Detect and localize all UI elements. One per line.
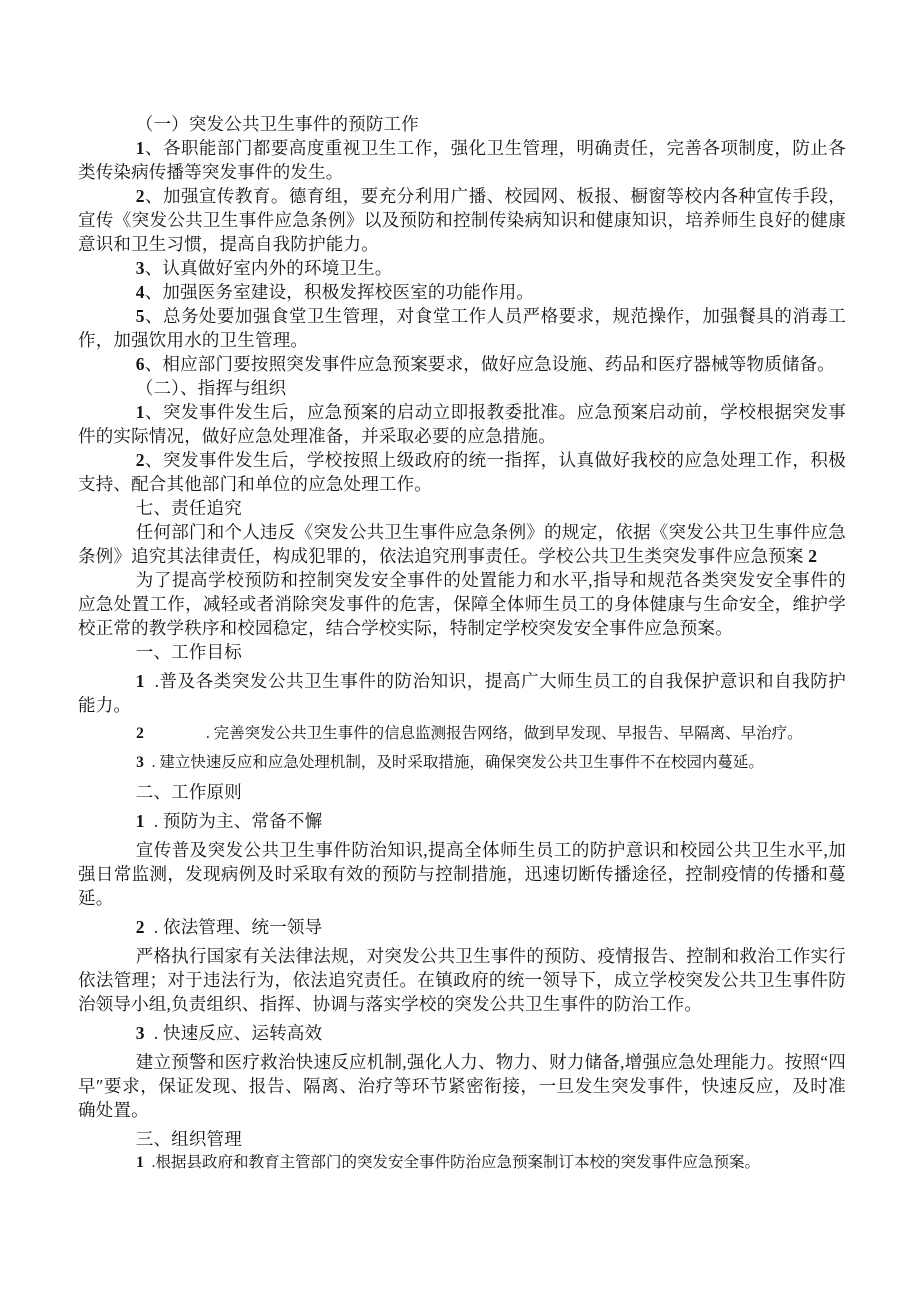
text-run: 、加强医务室建设，积极发挥校医室的功能作用。 <box>145 282 534 302</box>
numbered-paragraph: 3 . 快速反应、运转高效 <box>78 1021 846 1045</box>
bold-number: 2 <box>136 917 145 937</box>
numbered-paragraph: 3、认真做好室内外的环境卫生。 <box>78 256 846 280</box>
bold-number: 2 <box>136 450 145 470</box>
text-run: （二）、指挥与组织 <box>136 378 287 398</box>
document-page: （一）突发公共卫生事件的预防工作1、各职能部门都要高度重视卫生工作，强化卫生管理… <box>0 0 920 1301</box>
bold-number: 2 <box>808 546 817 566</box>
text-run: . 依法管理、统一领导 <box>145 917 323 937</box>
numbered-paragraph: 1、突发事件发生后，应急预案的启动立即报教委批准。应急预案启动前，学校根据突发事… <box>78 400 846 448</box>
text-run: 为了提高学校预防和控制突发安全事件的处置能力和水平,指导和规范各类突发安全事件的… <box>78 570 846 638</box>
body-paragraph: 宣传普及突发公共卫生事件防治知识,提高全体师生员工的防护意识和校园公共卫生水平,… <box>78 838 846 910</box>
section-heading: 一、工作目标 <box>78 640 846 664</box>
bold-number: 6 <box>136 354 145 374</box>
text-run: 、加强宣传教育。德育组，要充分利用广播、校园网、板报、橱窗等校内各种宣传手段，宣… <box>78 186 846 254</box>
numbered-paragraph: 3 . 建立快速反应和应急处理机制，及时采取措施，确保突发公共卫生事件不在校园内… <box>78 751 846 775</box>
text-run: 、突发事件发生后，学校按照上级政府的统一指挥，认真做好我校的应急处理工作，积极支… <box>78 450 846 494</box>
text-run: 建立预警和医疗救治快速反应机制,强化人力、物力、财力储备,增强应急处理能力。按照… <box>78 1052 846 1120</box>
text-run: 三、组织管理 <box>136 1129 242 1149</box>
text-run: .根据县政府和教育主管部门的突发安全事件防治应急预案制订本校的突发事件应急预案。 <box>144 1154 760 1171</box>
text-run: 宣传普及突发公共卫生事件防治知识,提高全体师生员工的防护意识和校园公共卫生水平,… <box>78 840 846 908</box>
numbered-paragraph: 1 .根据县政府和教育主管部门的突发安全事件防治应急预案制订本校的突发事件应急预… <box>78 1151 846 1175</box>
text-run: . 快速反应、运转高效 <box>145 1023 323 1043</box>
bold-number: 3 <box>136 258 145 278</box>
text-run: . 预防为主、常备不懈 <box>145 811 323 831</box>
bold-number: 1 <box>136 1154 144 1171</box>
bold-number: 1 <box>136 671 145 691</box>
text-run: （一）突发公共卫生事件的预防工作 <box>136 114 419 134</box>
text-run: 、总务处要加强食堂卫生管理，对食堂工作人员严格要求，规范操作，加强餐具的消毒工作… <box>78 306 846 350</box>
numbered-paragraph: 1 . 预防为主、常备不懈 <box>78 809 846 833</box>
text-run: 严格执行国家有关法律法规，对突发公共卫生事件的预防、疫情报告、控制和救治工作实行… <box>78 946 846 1014</box>
subsection-heading: （二）、指挥与组织 <box>78 376 846 400</box>
numbered-paragraph: 2、突发事件发生后，学校按照上级政府的统一指挥，认真做好我校的应急处理工作，积极… <box>78 448 846 496</box>
numbered-paragraph: 2 . 依法管理、统一领导 <box>78 915 846 939</box>
section-heading: 三、组织管理 <box>78 1127 846 1151</box>
bold-number: 1 <box>136 402 145 422</box>
body-paragraph: 任何部门和个人违反《突发公共卫生事件应急条例》的规定，依据《突发公共卫生事件应急… <box>78 520 846 568</box>
text-run: 一、工作目标 <box>136 642 242 662</box>
text-run: .普及各类突发公共卫生事件的防治知识，提高广大师生员工的自我保护意识和自我防护能… <box>78 671 846 715</box>
text-run: 、相应部门要按照突发事件应急预案要求，做好应急设施、药品和医疗器械等物质储备。 <box>145 354 835 374</box>
bold-number: 3 <box>136 754 144 771</box>
text-run: . 建立快速反应和应急处理机制，及时采取措施，确保突发公共卫生事件不在校园内蔓延… <box>144 754 764 771</box>
subsection-heading: （一）突发公共卫生事件的预防工作 <box>78 112 846 136</box>
text-run: 任何部门和个人违反《突发公共卫生事件应急条例》的规定，依据《突发公共卫生事件应急… <box>78 522 846 566</box>
bold-number: 2 <box>136 186 145 206</box>
bold-number: 5 <box>136 306 145 326</box>
body-paragraph: 严格执行国家有关法律法规，对突发公共卫生事件的预防、疫情报告、控制和救治工作实行… <box>78 944 846 1016</box>
bold-number: 2 <box>136 725 144 742</box>
numbered-paragraph: 1、各职能部门都要高度重视卫生工作，强化卫生管理，明确责任，完善各项制度，防止各… <box>78 136 846 184</box>
text-run: 七、责任追究 <box>136 498 242 518</box>
numbered-paragraph: 2 . 完善突发公共卫生事件的信息监测报告网络，做到早发现、早报告、早隔离、早治… <box>78 722 846 746</box>
text-run: 、认真做好室内外的环境卫生。 <box>145 258 393 278</box>
body-paragraph: 建立预警和医疗救治快速反应机制,强化人力、物力、财力储备,增强应急处理能力。按照… <box>78 1050 846 1122</box>
numbered-paragraph: 6、相应部门要按照突发事件应急预案要求，做好应急设施、药品和医疗器械等物质储备。 <box>78 352 846 376</box>
bold-number: 1 <box>136 138 145 158</box>
text-run: 二、工作原则 <box>136 782 242 802</box>
numbered-paragraph: 1 .普及各类突发公共卫生事件的防治知识，提高广大师生员工的自我保护意识和自我防… <box>78 669 846 717</box>
text-run: . 完善突发公共卫生事件的信息监测报告网络，做到早发现、早报告、早隔离、早治疗。 <box>144 725 803 742</box>
section-heading: 二、工作原则 <box>78 780 846 804</box>
text-run: 、突发事件发生后，应急预案的启动立即报教委批准。应急预案启动前，学校根据突发事件… <box>78 402 846 446</box>
bold-number: 4 <box>136 282 145 302</box>
text-run: 、各职能部门都要高度重视卫生工作，强化卫生管理，明确责任，完善各项制度，防止各类… <box>78 138 846 182</box>
body-paragraph: 为了提高学校预防和控制突发安全事件的处置能力和水平,指导和规范各类突发安全事件的… <box>78 568 846 640</box>
section-heading: 七、责任追究 <box>78 496 846 520</box>
bold-number: 1 <box>136 811 145 831</box>
numbered-paragraph: 2、加强宣传教育。德育组，要充分利用广播、校园网、板报、橱窗等校内各种宣传手段，… <box>78 184 846 256</box>
bold-number: 3 <box>136 1023 145 1043</box>
numbered-paragraph: 5、总务处要加强食堂卫生管理，对食堂工作人员严格要求，规范操作，加强餐具的消毒工… <box>78 304 846 352</box>
document-body: （一）突发公共卫生事件的预防工作1、各职能部门都要高度重视卫生工作，强化卫生管理… <box>78 112 846 1175</box>
numbered-paragraph: 4、加强医务室建设，积极发挥校医室的功能作用。 <box>78 280 846 304</box>
